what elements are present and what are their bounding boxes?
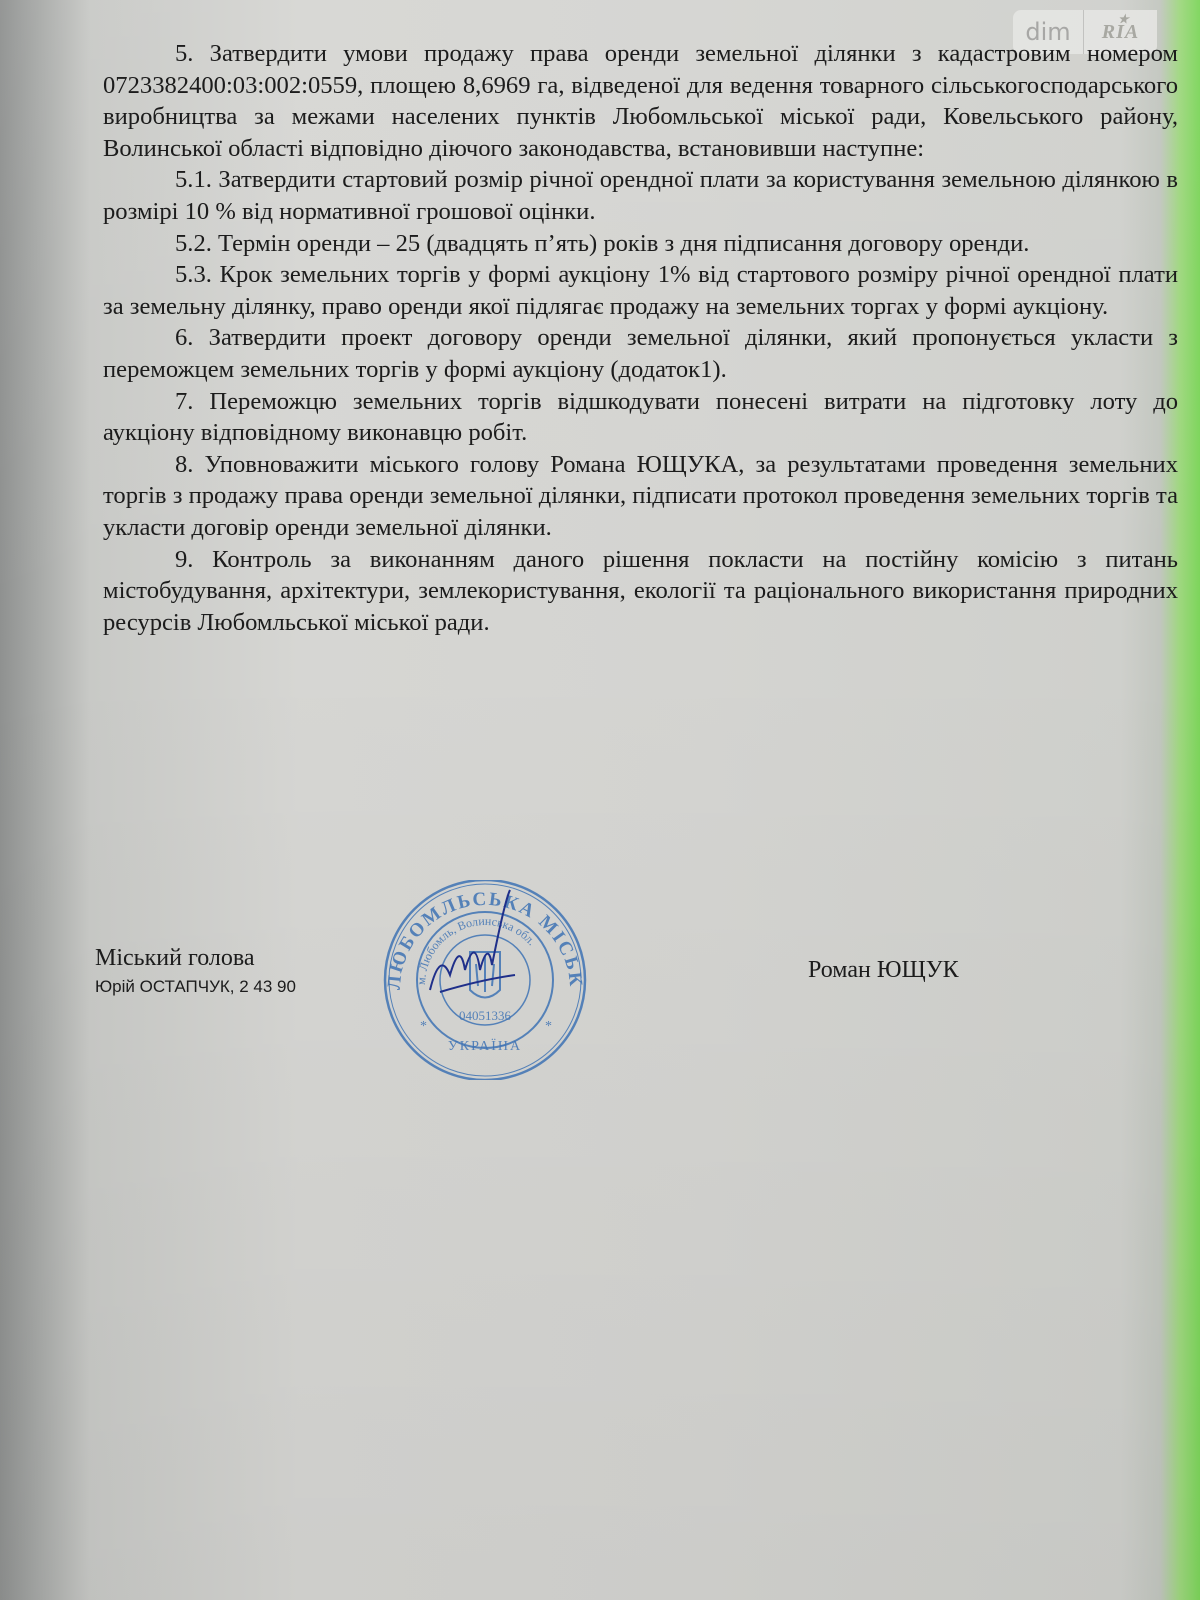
paragraph-5-2: 5.2. Термін оренди – 25 (двадцять п’ять)… (103, 228, 1178, 260)
stamp-bottom-text: УКРАЇНА (448, 1037, 522, 1054)
paragraph-9: 9. Контроль за виконанням даного рішення… (103, 544, 1178, 639)
stamp-id-code: 04051336 (459, 1008, 512, 1023)
official-stamp-icon: ЛЮБОМЛЬСЬКА МІСЬКА РАДА м. Любомль, Воли… (370, 880, 600, 1080)
signatory-position: Міський голова (95, 945, 255, 972)
svg-text:*: * (420, 1019, 427, 1034)
paragraph-7: 7. Переможцю земельних торгів відшкодува… (103, 386, 1178, 449)
reverse-side-bleed-through (120, 1110, 1100, 1570)
paragraph-6: 6. Затвердити проект договору оренди зем… (103, 322, 1178, 385)
svg-text:*: * (545, 1019, 552, 1034)
signatory-name: Роман ЮЩУК (808, 957, 959, 984)
document-body: 5. Затвердити умови продажу права оренди… (103, 38, 1178, 638)
paragraph-5: 5. Затвердити умови продажу права оренди… (103, 38, 1178, 164)
paragraph-8: 8. Уповноважити міського голову Романа Ю… (103, 449, 1178, 544)
paragraph-5-1: 5.1. Затвердити стартовий розмір річної … (103, 164, 1178, 227)
paragraph-5-3: 5.3. Крок земельних торгів у формі аукці… (103, 259, 1178, 322)
star-icon: ★ (1118, 12, 1130, 27)
prepared-by-contact: Юрій ОСТАПЧУК, 2 43 90 (95, 977, 296, 997)
